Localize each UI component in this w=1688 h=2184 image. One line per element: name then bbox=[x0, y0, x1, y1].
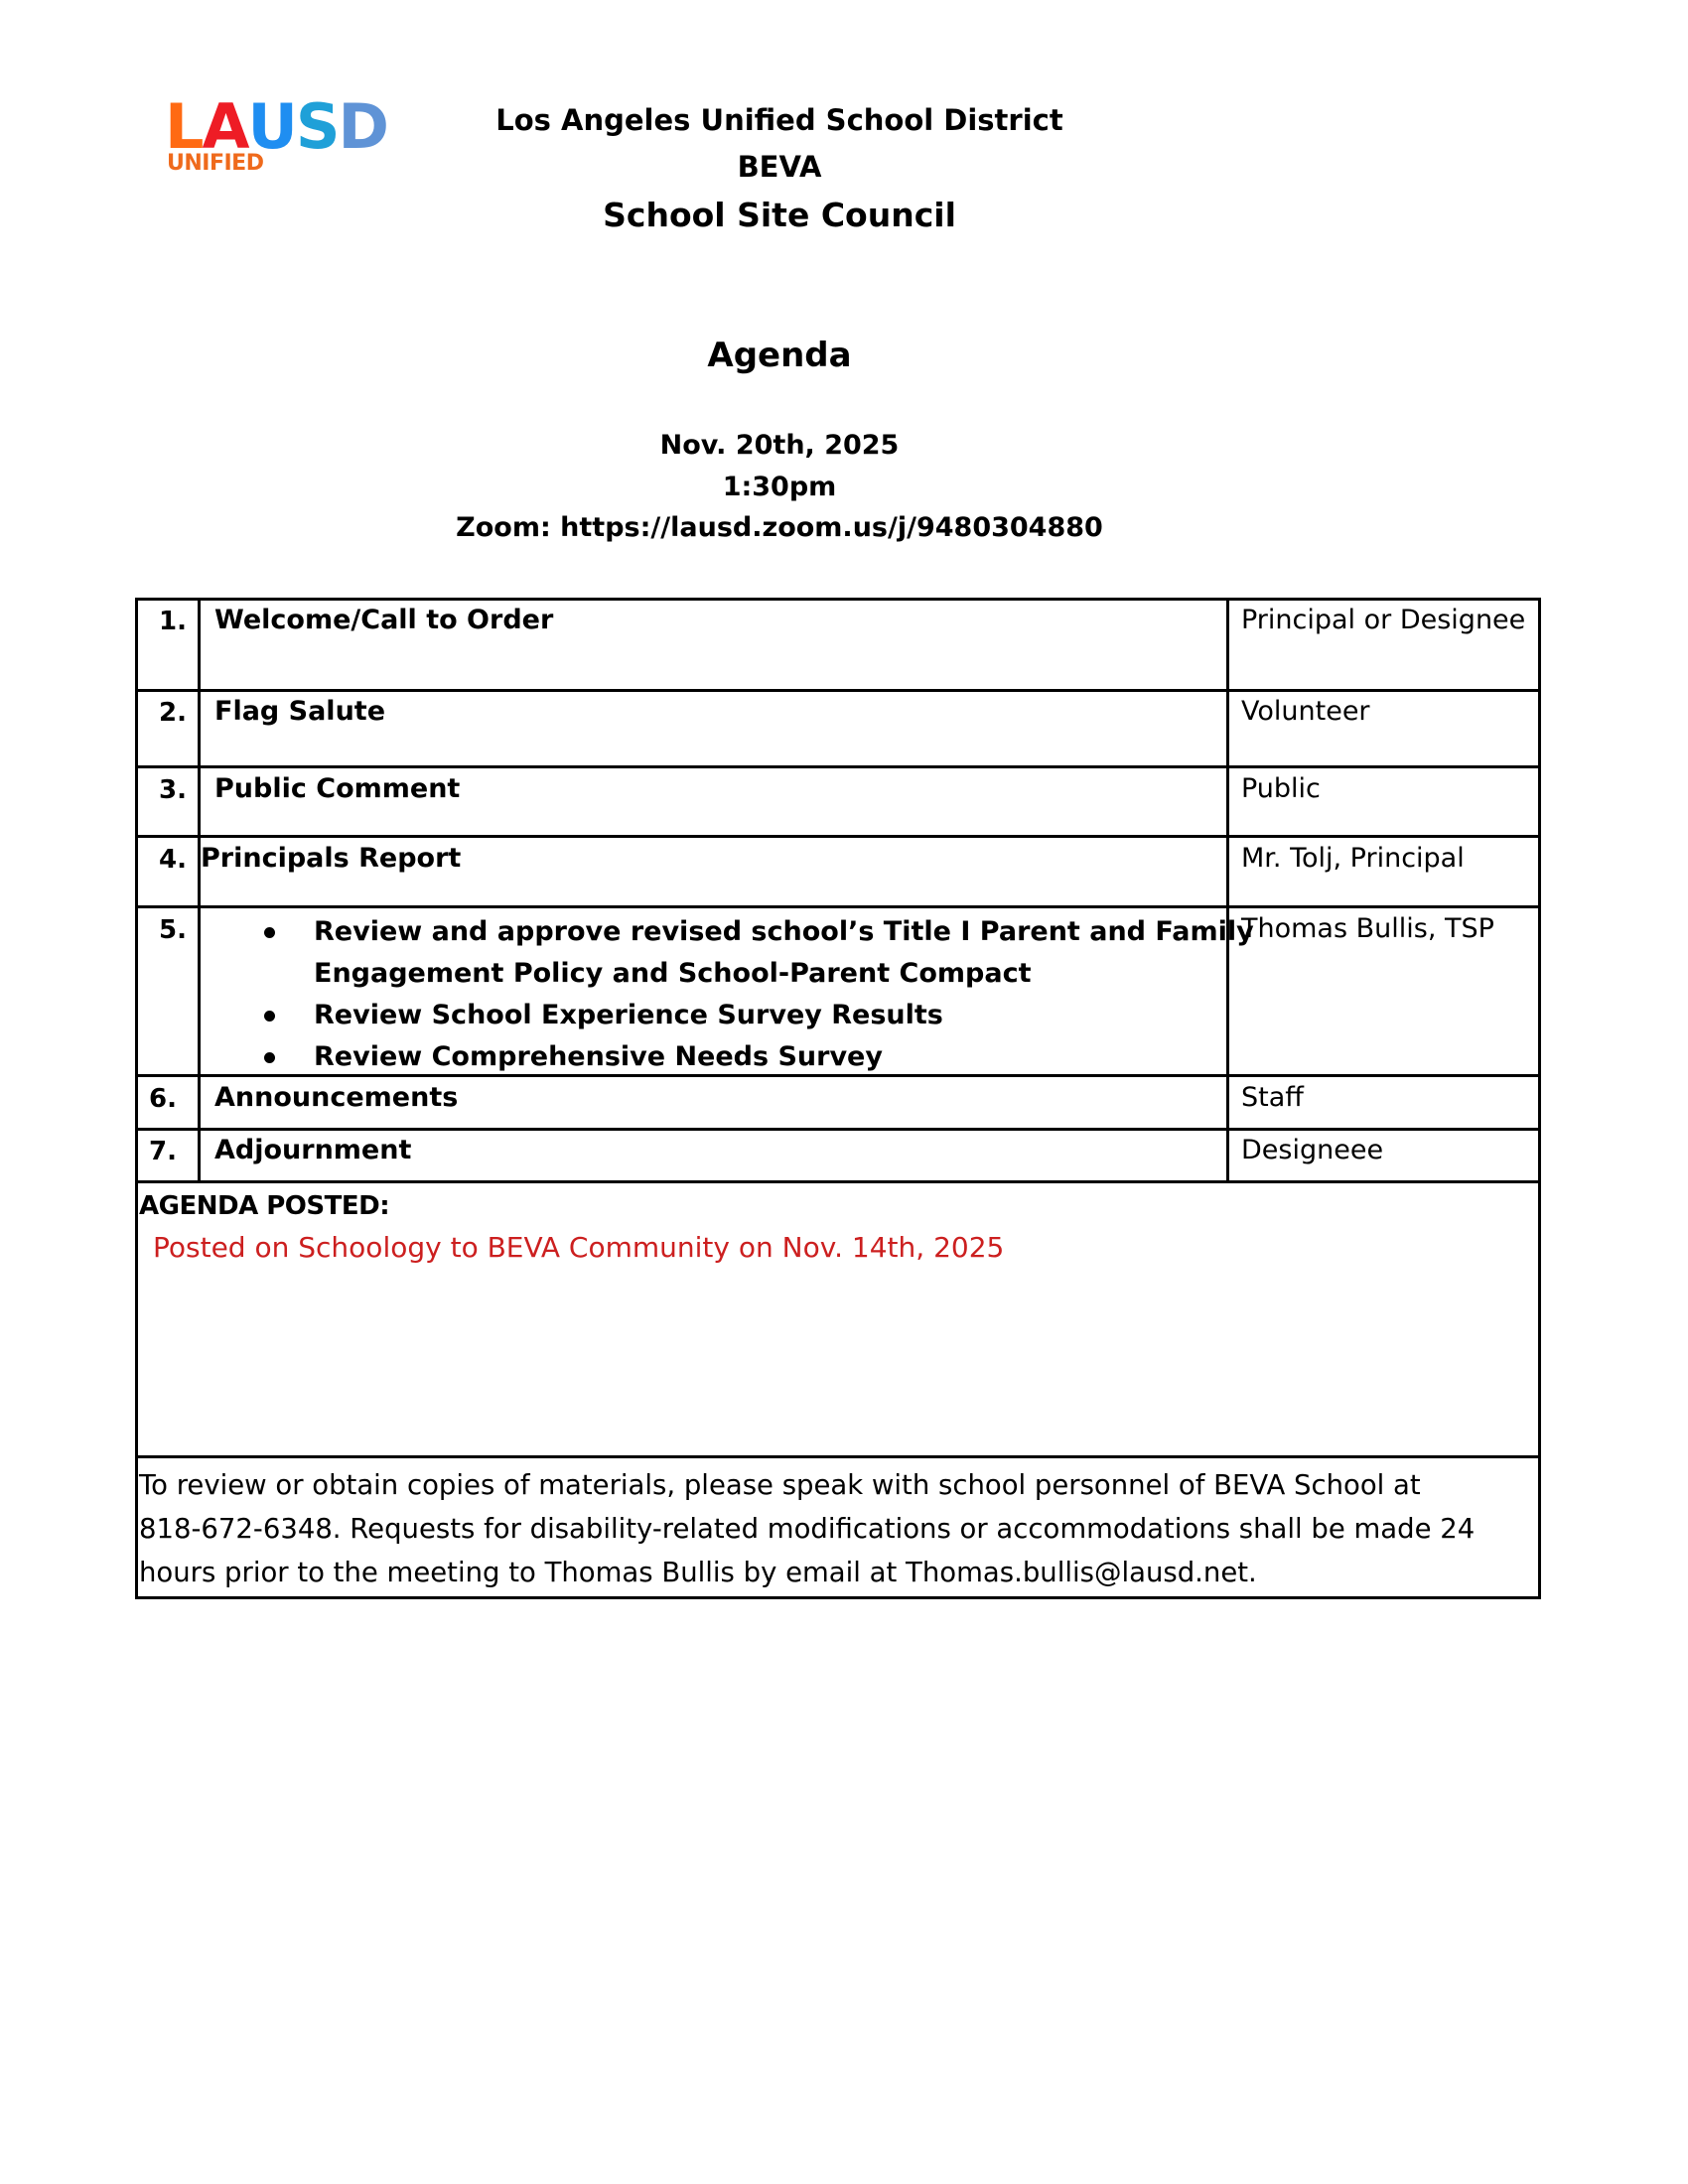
item-presenter: Volunteer bbox=[1241, 696, 1370, 727]
item-number: 6. bbox=[149, 1084, 201, 1114]
page-title: Agenda bbox=[0, 336, 1559, 375]
meeting-date: Nov. 20th, 2025 bbox=[0, 430, 1559, 461]
notice-line: hours prior to the meeting to Thomas Bul… bbox=[139, 1551, 1534, 1594]
item-presenter: Principal or Designee bbox=[1241, 605, 1525, 635]
district-name: Los Angeles Unified School District bbox=[0, 103, 1559, 137]
bullet-item: Review and approve revised school’s Titl… bbox=[264, 911, 1254, 953]
item-title: Flag Salute bbox=[214, 696, 385, 727]
item-number: 4. bbox=[135, 845, 187, 875]
school-name: BEVA bbox=[0, 150, 1559, 184]
item-title: Adjournment bbox=[214, 1135, 411, 1165]
notice-line: To review or obtain copies of materials,… bbox=[139, 1463, 1534, 1507]
item-presenter: Thomas Bullis, TSP bbox=[1241, 913, 1494, 944]
bullet-item: Review Comprehensive Needs Survey bbox=[264, 1036, 1254, 1078]
item-number: 2. bbox=[135, 698, 187, 728]
item-title: Welcome/Call to Order bbox=[214, 605, 553, 635]
bullet-icon bbox=[264, 927, 275, 938]
item-presenter: Staff bbox=[1241, 1082, 1304, 1113]
item-number: 3. bbox=[135, 775, 187, 805]
item-presenter: Designeee bbox=[1241, 1135, 1383, 1165]
bullet-icon bbox=[264, 1011, 275, 1022]
item-title: Announcements bbox=[214, 1082, 458, 1113]
item-title: Principals Report bbox=[201, 843, 461, 874]
item-presenter: Public bbox=[1241, 773, 1321, 804]
council-name: School Site Council bbox=[0, 196, 1559, 234]
item-number: 1. bbox=[135, 607, 187, 636]
bullet-item: Review School Experience Survey Results bbox=[264, 995, 1254, 1036]
item-title: Public Comment bbox=[214, 773, 460, 804]
bullet-icon bbox=[264, 1052, 275, 1063]
zoom-link[interactable]: Zoom: https://lausd.zoom.us/j/9480304880 bbox=[0, 512, 1559, 543]
item-presenter: Mr. Tolj, Principal bbox=[1241, 843, 1465, 874]
item-number: 7. bbox=[149, 1137, 201, 1166]
item-number: 5. bbox=[135, 915, 187, 945]
agenda-posted-text: Posted on Schoology to BEVA Community on… bbox=[153, 1231, 1004, 1264]
notice-line: 818-672-6348. Requests for disability-re… bbox=[139, 1507, 1534, 1551]
item-bullet-list: Review and approve revised school’s Titl… bbox=[264, 911, 1254, 1078]
materials-notice: To review or obtain copies of materials,… bbox=[139, 1463, 1534, 1594]
agenda-posted-label: AGENDA POSTED: bbox=[139, 1191, 389, 1221]
meeting-time: 1:30pm bbox=[0, 472, 1559, 502]
bullet-item-continuation: Engagement Policy and School-Parent Comp… bbox=[264, 953, 1254, 995]
